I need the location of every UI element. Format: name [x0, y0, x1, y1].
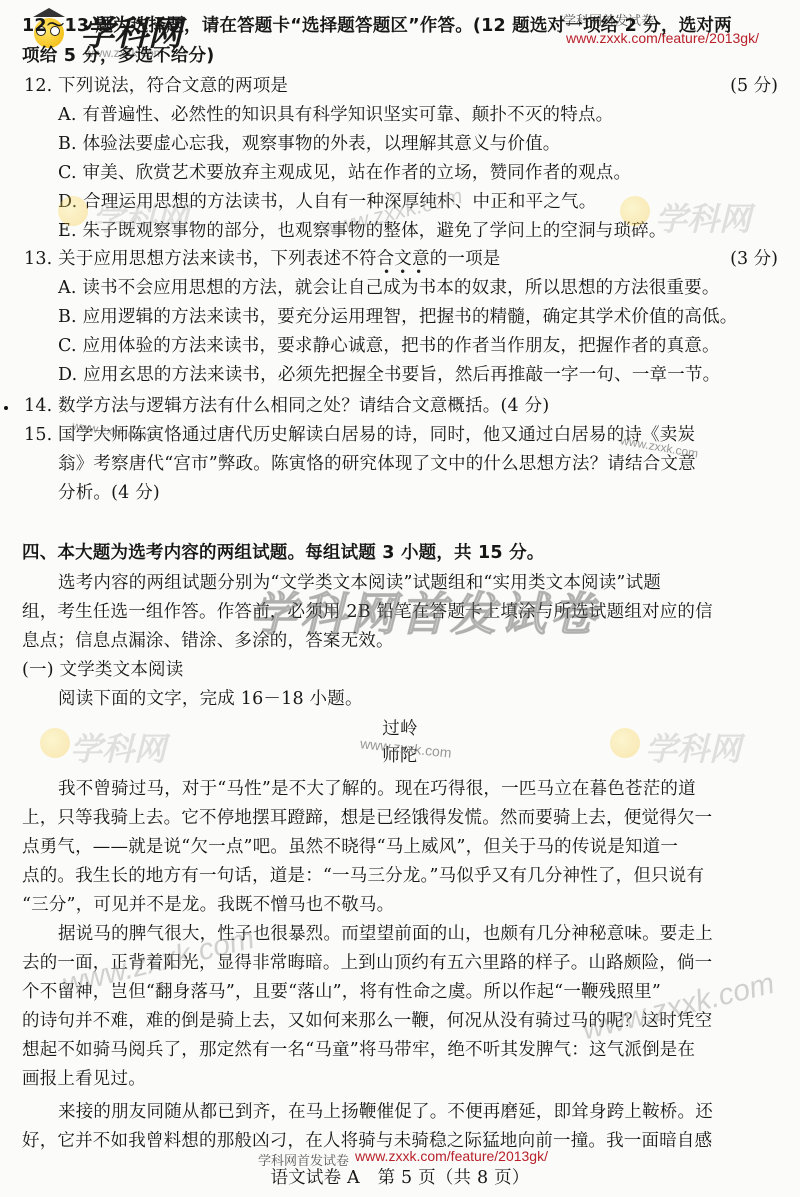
passage-line: 我不曾骑过马，对于“马性”是不大了解的。现在巧得很，一匹马立在暮色苍茫的道 — [58, 777, 696, 801]
question-15-number: 15. — [24, 423, 52, 447]
margin-dot — [4, 406, 8, 410]
question-13-stem: 关于应用思想方法来读书，下列表述不符合文意的一项是 — [58, 247, 501, 271]
question-13-option-d: D. 应用玄思的方法来读书，必须先把握全书要旨，然后再推敲一字一句、一章一节。 — [58, 363, 720, 387]
watermark-mascot-icon — [620, 196, 650, 226]
question-13-option-c: C. 应用体验的方法来读书，要求静心诚意，把书的作者当作朋友，把握作者的真意。 — [58, 334, 720, 358]
question-15-line2: 翁》考察唐代“宫市”弊政。陈寅恪的研究体现了文中的什么思想方法？请结合文意 — [58, 452, 696, 476]
watermark-url-slanted: www.zxxk.com — [579, 967, 778, 1048]
passage-line: 点勇气，——就是说“欠一点”吧。虽然不晓得“马上威风”，但关于马的传说是知道一 — [22, 835, 678, 859]
question-12-option-c: C. 审美、欣赏艺术要放弃主观成见，站在作者的立场，赞同作者的观点。 — [58, 161, 631, 185]
watermark-feature-url-bottom: www.zxxk.com/feature/2013gk/ — [355, 1148, 548, 1164]
watermark-logo-faint: 学科网 — [70, 724, 166, 770]
passage-line: 来接的朋友同随从都已到齐，在马上扬鞭催促了。不便再磨延，即耸身跨上鞍桥。还 — [58, 1100, 713, 1124]
watermark-logo-faint: 学科网 — [645, 724, 741, 770]
question-13-option-a: A. 读书不会应用思想的方法，就会让自己成为书本的奴隶，所以思想的方法很重要。 — [58, 276, 720, 300]
passage-line: 上，只等我骑上去。它不停地摆耳蹬蹄，想是已经饿得发慌。然而要骑上去，便觉得欠一 — [22, 806, 712, 830]
subsection-heading: (一) 文学类文本阅读 — [22, 658, 183, 682]
passage-line: 画报上看见过。 — [22, 1067, 146, 1091]
passage-line: 据说马的脾气很大，性子也很暴烈。而望望前面的山，也颇有几分神秘意味。要走上 — [58, 922, 713, 946]
reading-prompt: 阅读下面的文字，完成 16－18 小题。 — [58, 687, 363, 711]
page-footer: 语文试卷 A 第 5 页（共 8 页） — [0, 1166, 800, 1190]
choice-instruction-line1: 12～13 题为选择题，请在答题卡“选择题答题区”作答。(12 题选对一项给 2… — [22, 14, 732, 38]
choice-instruction-line2: 项给 5 分，多选不给分) — [22, 44, 214, 68]
question-12-number: 12. — [24, 74, 52, 98]
watermark-logo-faint: 学科网 — [655, 194, 751, 240]
watermark-mascot-icon — [58, 196, 88, 226]
question-12-option-a: A. 有普遍性、必然性的知识具有科学知识坚实可靠、颠扑不灭的特点。 — [58, 103, 613, 127]
question-13-number: 13. — [24, 247, 52, 271]
question-14-number: 14. — [24, 394, 52, 418]
passage-line: 点的。我生长的地方有一句话，道是：“一马三分龙。”马似乎又有几分神性了，但只说有 — [22, 864, 704, 888]
question-13-option-b: B. 应用逻辑的方法来读书，要充分运用理智，把握书的精髓，确定其学术价值的高低。 — [58, 305, 737, 329]
question-12-score: (5 分) — [730, 74, 778, 98]
question-14-text: 数学方法与逻辑方法有什么相同之处？请结合文意概括。(4 分) — [58, 394, 549, 418]
watermark-banner: 学科网首发试卷 — [250, 578, 600, 644]
question-13-score: (3 分) — [730, 247, 778, 271]
question-12-option-b: B. 体验法要虚心忘我，观察事物的外表，以理解其意义与价值。 — [58, 132, 560, 156]
exam-page: 学科网 www.zxxk.com 学科网首发试卷 www.zxxk.com/fe… — [0, 0, 800, 1197]
section-4-heading: 四、本大题为选考内容的两组试题。每组试题 3 小题，共 15 分。 — [22, 541, 545, 565]
question-12-stem: 下列说法，符合文意的两项是 — [58, 74, 288, 98]
watermark-mascot-icon — [40, 728, 70, 758]
question-15-line1: 国学大师陈寅恪通过唐代历史解读白居易的诗，同时，他又通过白居易的诗《卖炭 — [58, 423, 695, 447]
watermark-mascot-icon — [610, 728, 640, 758]
passage-line: “三分”，可见并不是龙。我既不憎马也不敬马。 — [22, 893, 394, 917]
question-15-line3: 分析。(4 分) — [58, 481, 160, 505]
watermark-logo-faint: 学科网 — [92, 194, 188, 240]
